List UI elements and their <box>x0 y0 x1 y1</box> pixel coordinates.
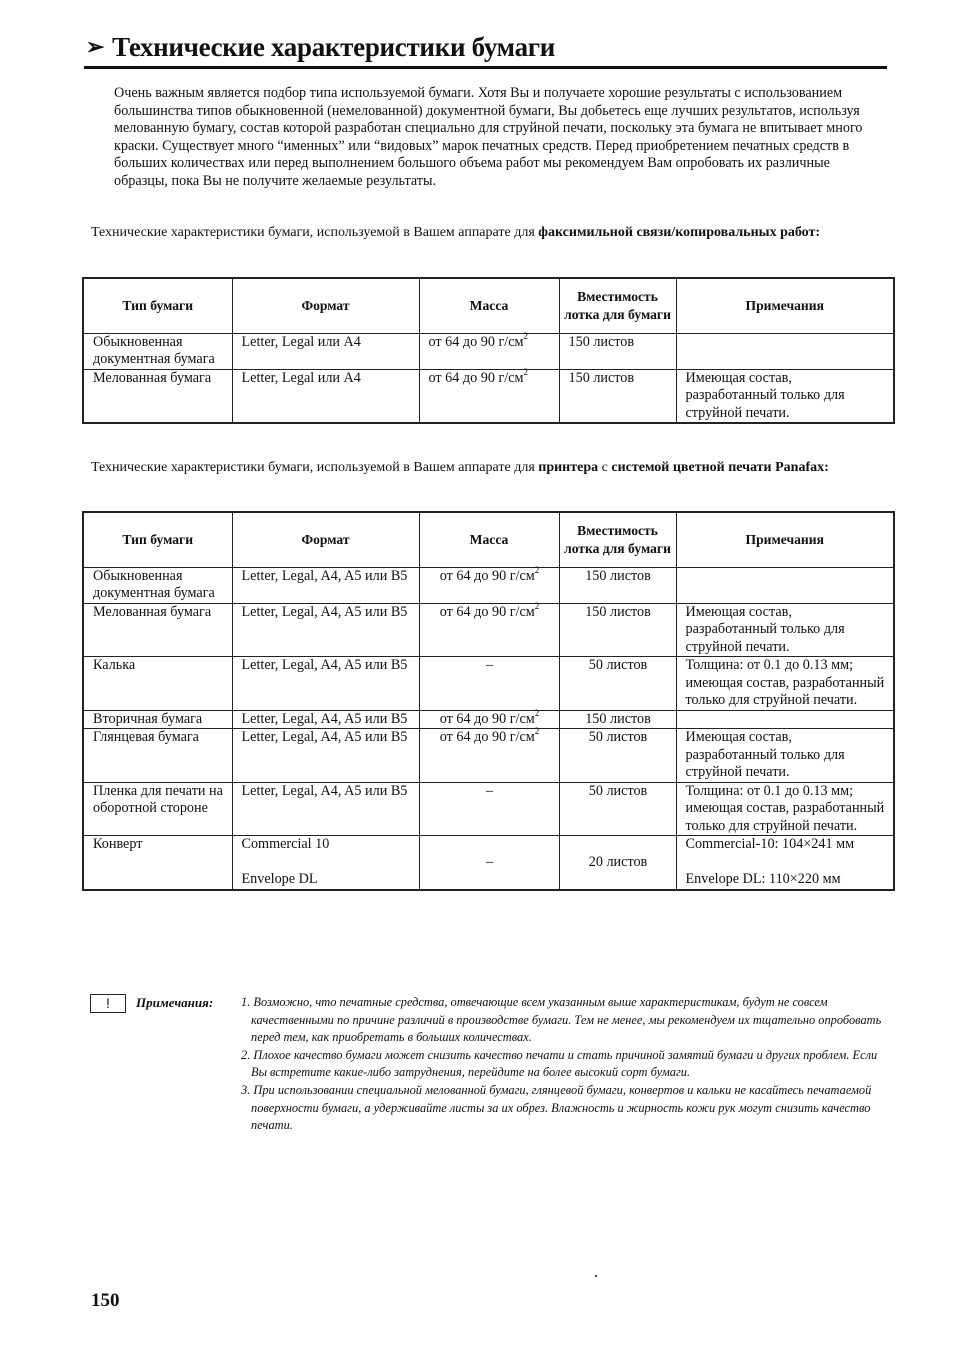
cell-notes: Имеющая состав, разработанный только для… <box>676 603 894 657</box>
cell-format: Letter, Legal, A4, A5 или B5 <box>232 657 419 711</box>
cell-capacity: 50 листов <box>559 657 676 711</box>
notes-list: 1. Возможно, что печатные средства, отве… <box>241 994 883 1135</box>
section2-lead-bold-2: системой цветной печати Panafax: <box>611 460 828 475</box>
section1-lead-text: Технические характеристики бумаги, испол… <box>91 225 538 240</box>
table-header-row: Тип бумаги Формат Масса Вместимость лотк… <box>83 278 894 333</box>
note-item: 1. Возможно, что печатные средства, отве… <box>241 994 883 1047</box>
page-title: ➢Технические характеристики бумаги <box>86 30 886 66</box>
cell-notes <box>676 333 894 369</box>
header-paper-type: Тип бумаги <box>83 512 232 567</box>
cell-mass: – <box>419 657 559 711</box>
header-mass: Масса <box>419 278 559 333</box>
envelope-format-2: Envelope DL <box>242 871 411 889</box>
cell-type: Обыкновенная документная бумага <box>83 333 232 369</box>
cell-notes: Имеющая состав, разработанный только для… <box>676 369 894 423</box>
page-title-text: Технические характеристики бумаги <box>112 32 555 62</box>
cell-capacity: 50 листов <box>559 782 676 836</box>
header-tray-capacity: Вместимость лотка для бумаги <box>559 278 676 333</box>
header-format: Формат <box>232 278 419 333</box>
section1-lead: Технические характеристики бумаги, испол… <box>91 224 881 242</box>
page-number: 150 <box>91 1290 120 1312</box>
header-mass: Масса <box>419 512 559 567</box>
cell-capacity: 150 листов <box>559 369 676 423</box>
table-header-row: Тип бумаги Формат Масса Вместимость лотк… <box>83 512 894 567</box>
section2-lead-mid: с <box>598 460 611 475</box>
scan-speck <box>595 1275 597 1277</box>
section2-lead: Технические характеристики бумаги, испол… <box>91 459 881 477</box>
superscript: 2 <box>535 708 540 718</box>
cell-mass: от 64 до 90 г/см2 <box>419 603 559 657</box>
section2-lead-text: Технические характеристики бумаги, испол… <box>91 460 538 475</box>
envelope-format-1: Commercial 10 <box>242 836 411 854</box>
header-notes: Примечания <box>676 278 894 333</box>
section1-lead-bold: факсимильной связи/копировальных работ: <box>538 225 820 240</box>
cell-format: Letter, Legal или A4 <box>232 369 419 423</box>
table-row-envelope: Конверт Commercial 10 Envelope DL – 20 л… <box>83 836 894 890</box>
cell-type: Конверт <box>83 836 232 890</box>
header-format: Формат <box>232 512 419 567</box>
table-row: Глянцевая бумагаLetter, Legal, A4, A5 ил… <box>83 729 894 783</box>
cell-capacity: 150 листов <box>559 603 676 657</box>
cell-type: Мелованная бумага <box>83 369 232 423</box>
envelope-notes-2: Envelope DL: 110×220 мм <box>686 871 886 889</box>
cell-mass: от 64 до 90 г/см2 <box>419 333 559 369</box>
cell-notes: Commercial-10: 104×241 мм Envelope DL: 1… <box>676 836 894 890</box>
table-row: Вторичная бумагаLetter, Legal, A4, A5 ил… <box>83 710 894 729</box>
fax-copy-paper-table: Тип бумаги Формат Масса Вместимость лотк… <box>82 277 895 424</box>
cell-type: Мелованная бумага <box>83 603 232 657</box>
cell-format: Letter, Legal, A4, A5 или B5 <box>232 782 419 836</box>
table-row: Обыкновенная документная бумагаLetter, L… <box>83 567 894 603</box>
arrow-bullet-icon: ➢ <box>86 34 104 59</box>
intro-paragraph: Очень важным является подбор типа исполь… <box>114 85 884 191</box>
cell-capacity: 150 листов <box>559 710 676 729</box>
cell-capacity: 150 листов <box>559 567 676 603</box>
table-row: КалькаLetter, Legal, A4, A5 или B5–50 ли… <box>83 657 894 711</box>
cell-type: Пленка для печати на оборотной стороне <box>83 782 232 836</box>
cell-notes: Толщина: от 0.1 до 0.13 мм; имеющая сост… <box>676 657 894 711</box>
table-row: Мелованная бумагаLetter, Legal или A4от … <box>83 369 894 423</box>
cell-format: Letter, Legal или A4 <box>232 333 419 369</box>
cell-type: Калька <box>83 657 232 711</box>
cell-format: Letter, Legal, A4, A5 или B5 <box>232 710 419 729</box>
table-row: Пленка для печати на оборотной сторонеLe… <box>83 782 894 836</box>
title-underline <box>84 66 887 69</box>
cell-notes: Имеющая состав, разработанный только для… <box>676 729 894 783</box>
cell-mass: – <box>419 836 559 890</box>
superscript: 2 <box>535 601 540 611</box>
cell-mass: от 64 до 90 г/см2 <box>419 729 559 783</box>
cell-capacity: 150 листов <box>559 333 676 369</box>
exclamation-box-icon: ! <box>90 994 126 1013</box>
cell-type: Глянцевая бумага <box>83 729 232 783</box>
header-paper-type: Тип бумаги <box>83 278 232 333</box>
table-row: Мелованная бумагаLetter, Legal, A4, A5 и… <box>83 603 894 657</box>
notes-label: Примечания: <box>136 994 213 1011</box>
cell-notes <box>676 567 894 603</box>
cell-mass: от 64 до 90 г/см2 <box>419 567 559 603</box>
cell-type: Обыкновенная документная бумага <box>83 567 232 603</box>
cell-format: Commercial 10 Envelope DL <box>232 836 419 890</box>
note-item: 3. При использовании специальной мелован… <box>241 1082 883 1135</box>
header-notes: Примечания <box>676 512 894 567</box>
superscript: 2 <box>535 565 540 575</box>
section2-lead-bold-1: принтера <box>538 460 598 475</box>
superscript: 2 <box>524 331 529 341</box>
note-item: 2. Плохое качество бумаги может снизить … <box>241 1047 883 1082</box>
superscript: 2 <box>535 726 540 736</box>
cell-type: Вторичная бумага <box>83 710 232 729</box>
cell-format: Letter, Legal, A4, A5 или B5 <box>232 567 419 603</box>
cell-capacity: 50 листов <box>559 729 676 783</box>
cell-mass: от 64 до 90 г/см2 <box>419 369 559 423</box>
cell-format: Letter, Legal, A4, A5 или B5 <box>232 729 419 783</box>
cell-format: Letter, Legal, A4, A5 или B5 <box>232 603 419 657</box>
envelope-notes-1: Commercial-10: 104×241 мм <box>686 836 886 854</box>
superscript: 2 <box>524 367 529 377</box>
table-row: Обыкновенная документная бумагаLetter, L… <box>83 333 894 369</box>
header-tray-capacity: Вместимость лотка для бумаги <box>559 512 676 567</box>
cell-mass: – <box>419 782 559 836</box>
cell-notes <box>676 710 894 729</box>
printer-paper-table: Тип бумаги Формат Масса Вместимость лотк… <box>82 511 895 891</box>
cell-capacity: 20 листов <box>559 836 676 890</box>
cell-notes: Толщина: от 0.1 до 0.13 мм; имеющая сост… <box>676 782 894 836</box>
